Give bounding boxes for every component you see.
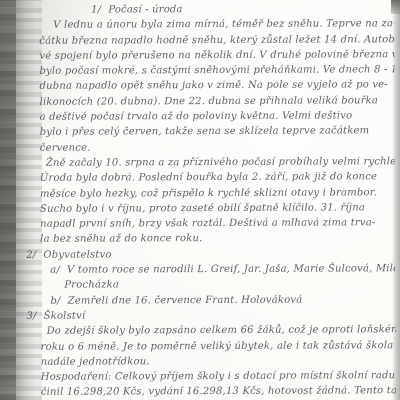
section-title: Počasí - úroda <box>108 4 182 15</box>
scan-shadow-left-core <box>0 0 16 400</box>
section-number: 1/ <box>91 3 101 18</box>
list-item-continuation: Procházka <box>40 277 395 294</box>
text-line: nadále jednotřídkou. <box>41 353 396 370</box>
section-2-heading: 2/Obyvatelstvo <box>26 246 395 263</box>
section-number: 3/ <box>26 309 36 324</box>
text-line: Do zdejší školy bylo zapsáno celkem 66 ž… <box>41 322 396 339</box>
list-item-text: V tomto roce se narodili L. Greif, Jar. … <box>67 263 395 276</box>
section-number: 2/ <box>26 248 36 263</box>
list-item: a/V tomto roce se narodili L. Greif, Jar… <box>40 261 395 278</box>
text-line: července. <box>40 139 395 156</box>
text-line: vé spojení bylo přerušeno na několik dní… <box>39 47 394 64</box>
text-line: měsíce bylo hezky, což přispělo k rychlé… <box>40 185 395 202</box>
list-item-label: b/ <box>50 293 60 308</box>
text-line: roku o 6 méně. Je to poměrně veliký úbyt… <box>41 338 396 355</box>
text-line: dubna napadlo opět sněhu jako v zimě. Na… <box>39 78 394 95</box>
text-line: bylo počasí mokré, s častými sněhovými p… <box>39 62 394 79</box>
text-line: činil 16.298,20 Kčs, vydání 16.298,13 Kč… <box>41 384 396 400</box>
text-line: Úroda byla dobrá. Poslední bouřka byla 2… <box>40 169 395 186</box>
list-item-text: Zemřeli dne 16. července Frant. Holováko… <box>68 294 303 306</box>
section-title: Obyvatelstvo <box>43 249 111 260</box>
text-line: Hospodaření: Celkový příjem školy i s do… <box>41 368 396 385</box>
text-line: V lednu a únoru byla zima mírná, téměř b… <box>39 17 394 34</box>
handwritten-text: 1/Počasí - úroda V lednu a únoru byla zi… <box>39 1 396 400</box>
text-line: la bez sněhu až do konce roku. <box>40 231 395 248</box>
text-line: Žně začaly 10. srpna a za příznivého poč… <box>40 154 395 171</box>
text-line: a deštivé počasí trvalo až do poloviny k… <box>40 108 395 125</box>
text-line: likonocích (20. dubna). Dne 22. dubna se… <box>40 93 395 110</box>
text-line: napadl první sníh, brzy však roztál. Deš… <box>40 215 395 232</box>
text-line: Sucho bylo i v říjnu, proto zaseté obilí… <box>40 200 395 217</box>
list-item-label: a/ <box>50 263 60 278</box>
scanned-page: 1/Počasí - úroda V lednu a únoru byla zi… <box>0 0 400 400</box>
list-item: b/Zemřeli dne 16. července Frant. Holová… <box>40 292 395 309</box>
text-line: čátku března napadlo hodně sněhu, který … <box>39 32 394 49</box>
section-title: Školství <box>44 311 86 322</box>
section-3-heading: 3/Školství <box>26 307 395 324</box>
section-1-heading: 1/Počasí - úroda <box>39 1 394 18</box>
text-line: bylo i přes celý červen, takže sena se s… <box>40 124 395 141</box>
